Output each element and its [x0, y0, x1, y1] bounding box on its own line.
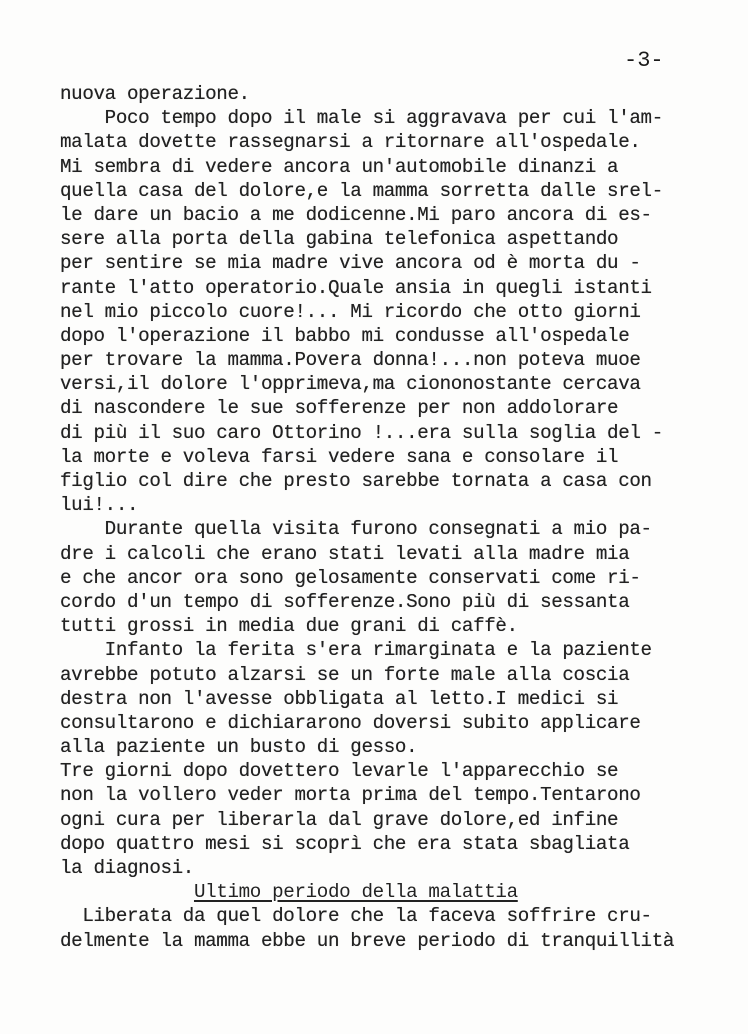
- text-line: delmente la mamma ebbe un breve periodo …: [60, 929, 740, 953]
- paragraph-lines: nuova operazione. Poco tempo dopo il mal…: [60, 82, 740, 880]
- text-line: dopo l'operazione il babbo mi condusse a…: [60, 324, 740, 348]
- text-line: destra non l'avesse obbligata al letto.I…: [60, 687, 740, 711]
- text-line: dre i calcoli che erano stati levati all…: [60, 542, 740, 566]
- text-line: la morte e voleva farsi vedere sana e co…: [60, 445, 740, 469]
- text-line: malata dovette rassegnarsi a ritornare a…: [60, 130, 740, 154]
- section-heading: Ultimo periodo della malattia: [194, 881, 518, 903]
- text-line: di più il suo caro Ottorino !...era sull…: [60, 421, 740, 445]
- text-line: per trovare la mamma.Povera donna!...non…: [60, 348, 740, 372]
- text-line: rante l'atto operatorio.Quale ansia in q…: [60, 276, 740, 300]
- text-line: quella casa del dolore,e la mamma sorret…: [60, 179, 740, 203]
- text-line: alla paziente un busto di gesso.: [60, 735, 740, 759]
- typewritten-page: -3- nuova operazione. Poco tempo dopo il…: [0, 0, 748, 1034]
- text-line: la diagnosi.: [60, 856, 740, 880]
- text-line: le dare un bacio a me dodicenne.Mi paro …: [60, 203, 740, 227]
- text-line: sere alla porta della gabina telefonica …: [60, 227, 740, 251]
- text-line: lui!...: [60, 493, 740, 517]
- text-line: Tre giorni dopo dovettero levarle l'appa…: [60, 759, 740, 783]
- text-line: di nascondere le sue sofferenze per non …: [60, 396, 740, 420]
- text-line: cordo d'un tempo di sofferenze.Sono più …: [60, 590, 740, 614]
- closing-lines: Liberata da quel dolore che la faceva so…: [60, 904, 740, 952]
- text-line: dopo quattro mesi si scoprì che era stat…: [60, 832, 740, 856]
- text-line: Mi sembra di vedere ancora un'automobile…: [60, 155, 740, 179]
- text-line: Poco tempo dopo il male si aggravava per…: [60, 106, 740, 130]
- text-line: Durante quella visita furono consegnati …: [60, 517, 740, 541]
- body-text: nuova operazione. Poco tempo dopo il mal…: [60, 82, 740, 953]
- page-number: -3-: [624, 48, 664, 73]
- text-line: Infanto la ferita s'era rimarginata e la…: [60, 638, 740, 662]
- text-line: nel mio piccolo cuore!... Mi ricordo che…: [60, 300, 740, 324]
- text-line: nuova operazione.: [60, 82, 740, 106]
- text-line: non la vollero veder morta prima del tem…: [60, 783, 740, 807]
- text-line: per sentire se mia madre vive ancora od …: [60, 251, 740, 275]
- heading-indent: [60, 881, 194, 903]
- section-heading-line: Ultimo periodo della malattia: [60, 880, 740, 904]
- text-line: tutti grossi in media due grani di caffè…: [60, 614, 740, 638]
- text-line: avrebbe potuto alzarsi se un forte male …: [60, 663, 740, 687]
- text-line: figlio col dire che presto sarebbe torna…: [60, 469, 740, 493]
- text-line: Liberata da quel dolore che la faceva so…: [60, 904, 740, 928]
- text-line: e che ancor ora sono gelosamente conserv…: [60, 566, 740, 590]
- text-line: consultarono e dichiararono doversi subi…: [60, 711, 740, 735]
- text-line: versi,il dolore l'opprimeva,ma ciononost…: [60, 372, 740, 396]
- text-line: ogni cura per liberarla dal grave dolore…: [60, 808, 740, 832]
